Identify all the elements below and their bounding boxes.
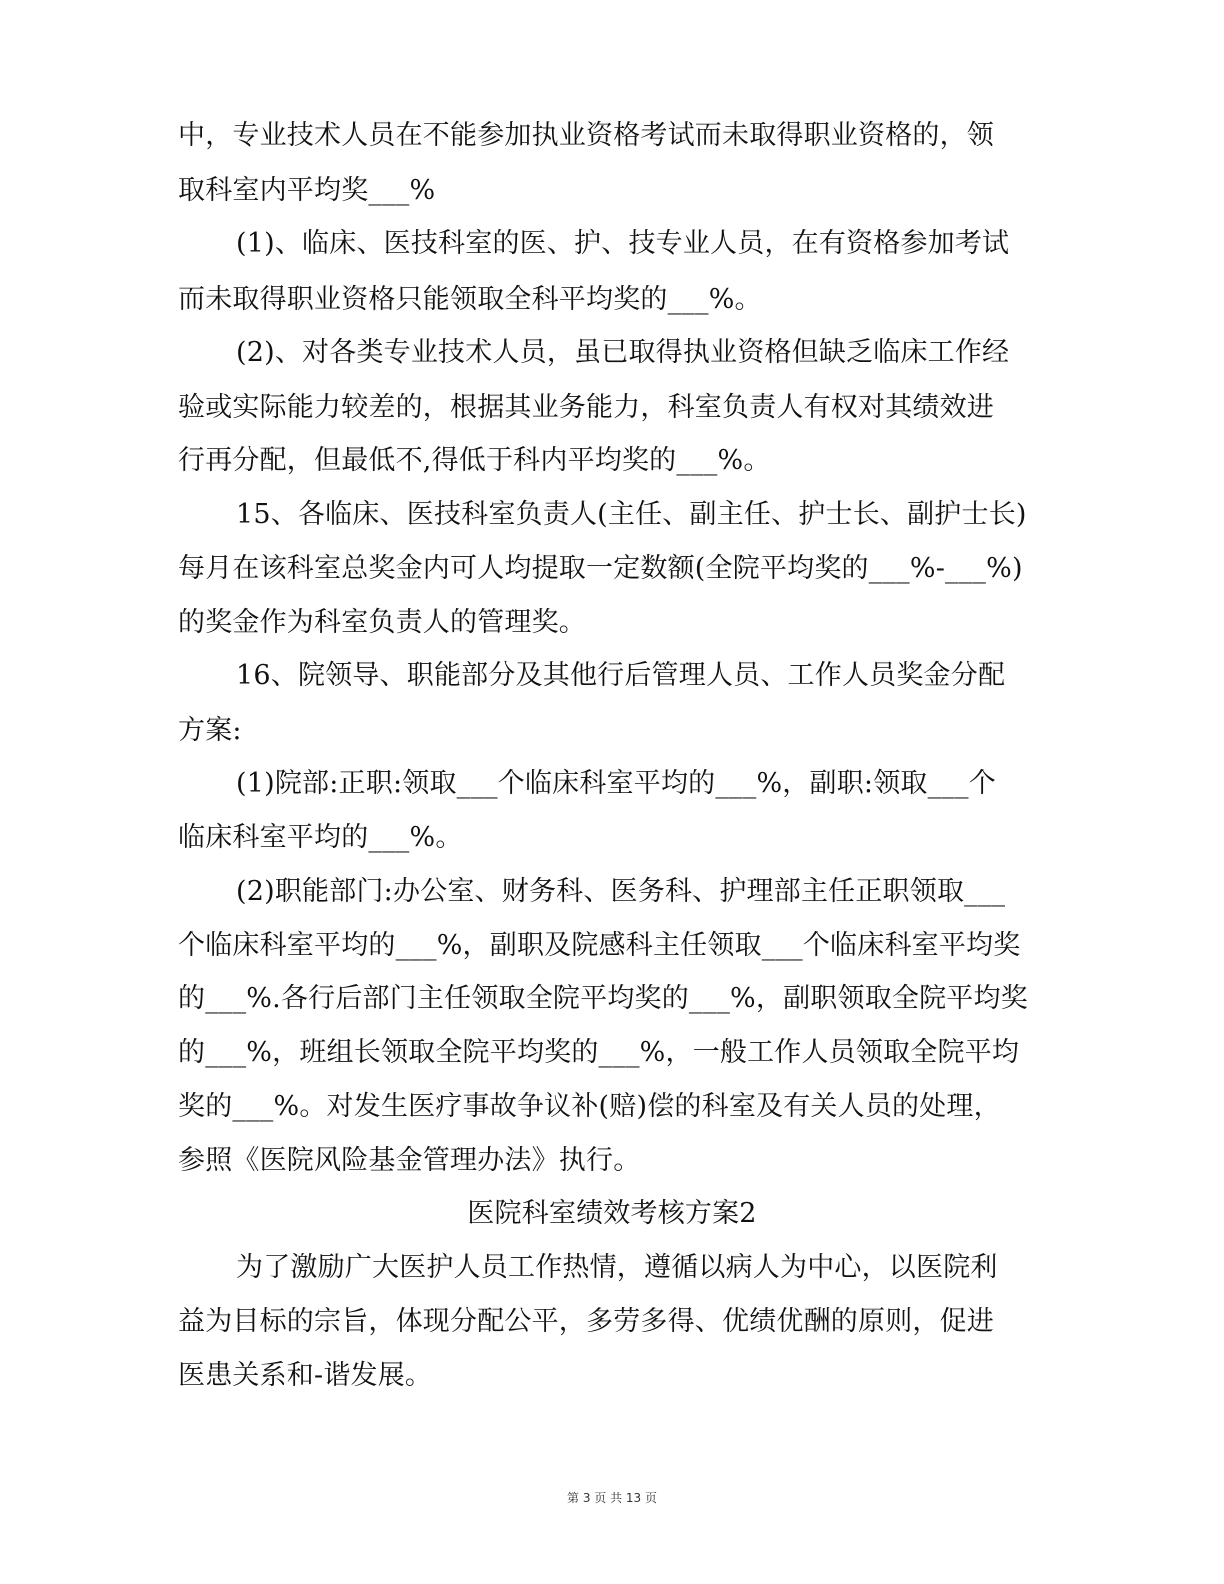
text-line: 的___%.各行后部门主任领取全院平均奖的___%，副职领取全院平均奖 [178,981,1028,1017]
text-line: 方案: [178,713,242,749]
text-line: 医患关系和-谐发展。 [178,1358,432,1394]
text-line: 益为目标的宗旨，体现分配公平，多劳多得、优绩优酬的原则，促进 [178,1304,994,1340]
text-line: 15、各临床、医技科室负责人(主任、副主任、护士长、副护士长) [236,497,1027,533]
text-line: 临床科室平均的___%。 [178,820,463,856]
text-line: 验或实际能力较差的，根据其业务能力，科室负责人有权对其绩效进 [178,390,994,426]
text-line: (2)、对各类专业技术人员，虽已取得执业资格但缺乏临床工作经 [236,335,1009,371]
text-line: 的奖金作为科室负责人的管理奖。 [178,605,586,641]
text-line: 每月在该科室总奖金内可人均提取一定数额(全院平均奖的___%-___%) [178,551,1023,587]
page-number-footer: 第 3 页 共 13 页 [0,1489,1224,1506]
text-line: 中，专业技术人员在不能参加执业资格考试而未取得职业资格的，领 [178,118,994,154]
text-line: 为了激励广大医护人员工作热情，遵循以病人为中心，以医院利 [236,1250,998,1286]
text-line: 个临床科室平均的___%，副职及院感科主任领取___个临床科室平均奖 [178,928,1020,964]
text-line: 的___%，班组长领取全院平均奖的___%，一般工作人员领取全院平均 [178,1035,1019,1071]
text-line: 16、院领导、职能部分及其他行后管理人员、工作人员奖金分配 [236,658,1005,694]
text-line: 参照《医院风险基金管理办法》执行。 [178,1143,640,1179]
text-line: (1)院部:正职:领取___个临床科室平均的___%，副职:领取___个 [236,766,996,802]
text-line: (1)、临床、医技科室的医、护、技专业人员，在有资格参加考试 [236,226,1009,262]
text-line: 而未取得职业资格只能领取全科平均奖的___%。 [178,282,762,318]
text-line: 取科室内平均奖___% [178,173,435,209]
section-title: 医院科室绩效考核方案2 [0,1196,1224,1232]
text-line: 奖的___%。对发生医疗事故争议补(赔)偿的科室及有关人员的处理， [178,1089,1001,1125]
document-page: 中，专业技术人员在不能参加执业资格考试而未取得职业资格的，领取科室内平均奖___… [0,0,1224,1584]
text-line: 行再分配，但最低不,得低于科内平均奖的___%。 [178,443,771,479]
text-line: (2)职能部门:办公室、财务科、医务科、护理部主任正职领取___ [236,874,1005,910]
